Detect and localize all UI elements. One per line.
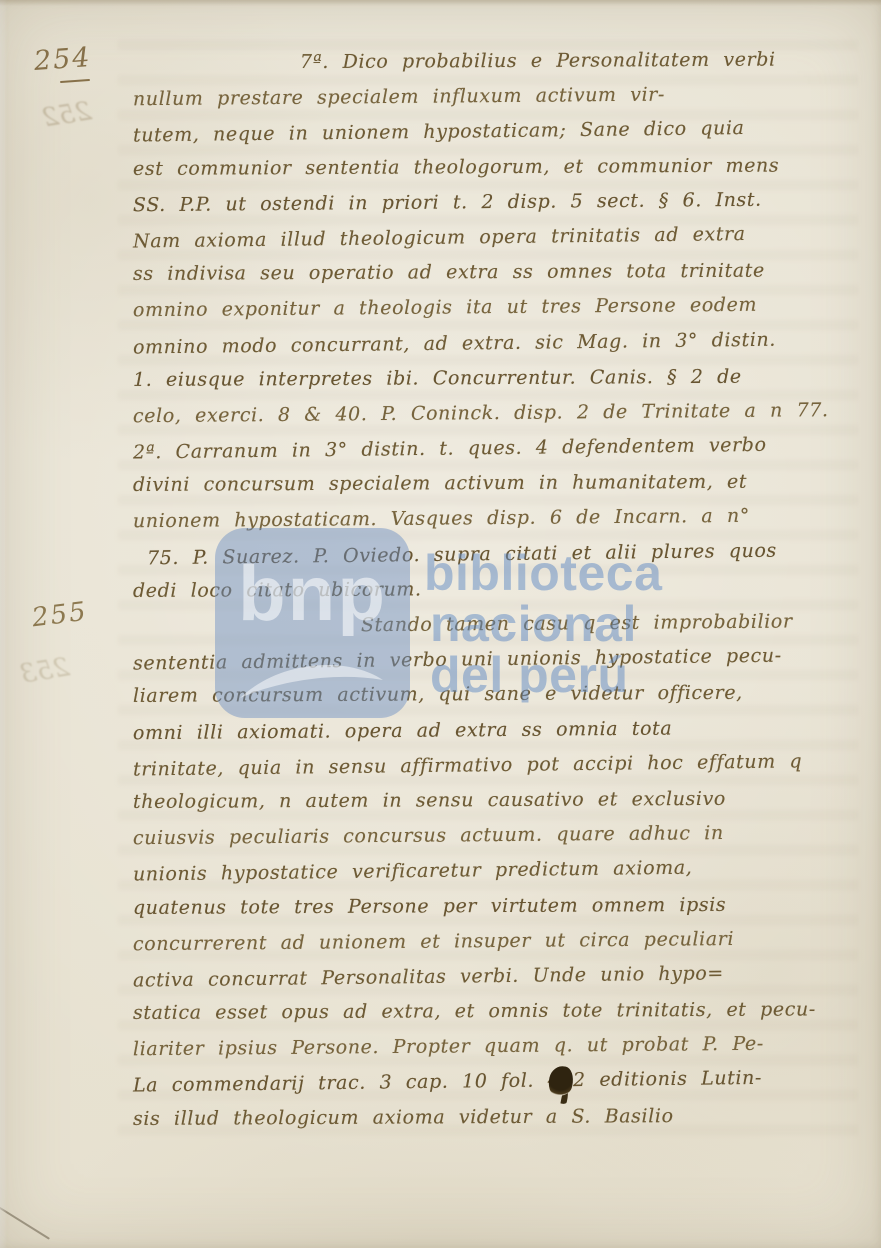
scan-edge-left (0, 0, 7, 1248)
folio-number-middle: 255 (30, 597, 89, 634)
paper-fiber (0, 1206, 50, 1239)
bleedthrough-number-bottom: 253 (18, 652, 72, 689)
manuscript-line: 7ª. Dico probabilius e Personalitatem ve… (133, 42, 871, 81)
bleedthrough-number-top: 252 (40, 96, 94, 133)
manuscript-line: unionis hypostatice verificaretur predic… (133, 849, 871, 893)
scan-edge-top (0, 0, 881, 6)
manuscript-line: liarem concursum activum, qui sane e vid… (133, 675, 871, 714)
folio-number-top: 254 (33, 42, 93, 77)
manuscript-text: 7ª. Dico probabilius e Personalitatem ve… (133, 44, 871, 1135)
manuscript-line: ss indivisa seu operatio ad extra ss omn… (133, 253, 871, 292)
manuscript-line: omnino modo concurrant, ad extra. sic Ma… (133, 321, 871, 365)
manuscript-line: quatenus tote tres Persone per virtutem … (133, 887, 871, 926)
manuscript-line: La commendarij trac. 3 cap. 10 fol. 432 … (133, 1060, 871, 1104)
manuscript-line: dedi loco citato ubicorum. (133, 570, 871, 609)
folio-underline (60, 79, 90, 83)
manuscript-line: tutem, neque in unionem hypostaticam; Sa… (133, 110, 871, 154)
manuscript-line: sis illud theologicum axioma videtur a S… (133, 1098, 871, 1137)
manuscript-line: est communior sententia theologorum, et … (133, 148, 871, 187)
manuscript-line: divini concursum specialem activum in hu… (133, 464, 871, 503)
manuscript-line: theologicum, n autem in sensu causativo … (133, 781, 871, 820)
manuscript-line: statica esset opus ad extra, et omnis to… (133, 992, 871, 1031)
manuscript-line: 1. eiusque interpretes ibi. Concurrentur… (133, 359, 871, 398)
manuscript-page: 254 252 255 253 7ª. Dico probabilius e P… (0, 0, 881, 1248)
